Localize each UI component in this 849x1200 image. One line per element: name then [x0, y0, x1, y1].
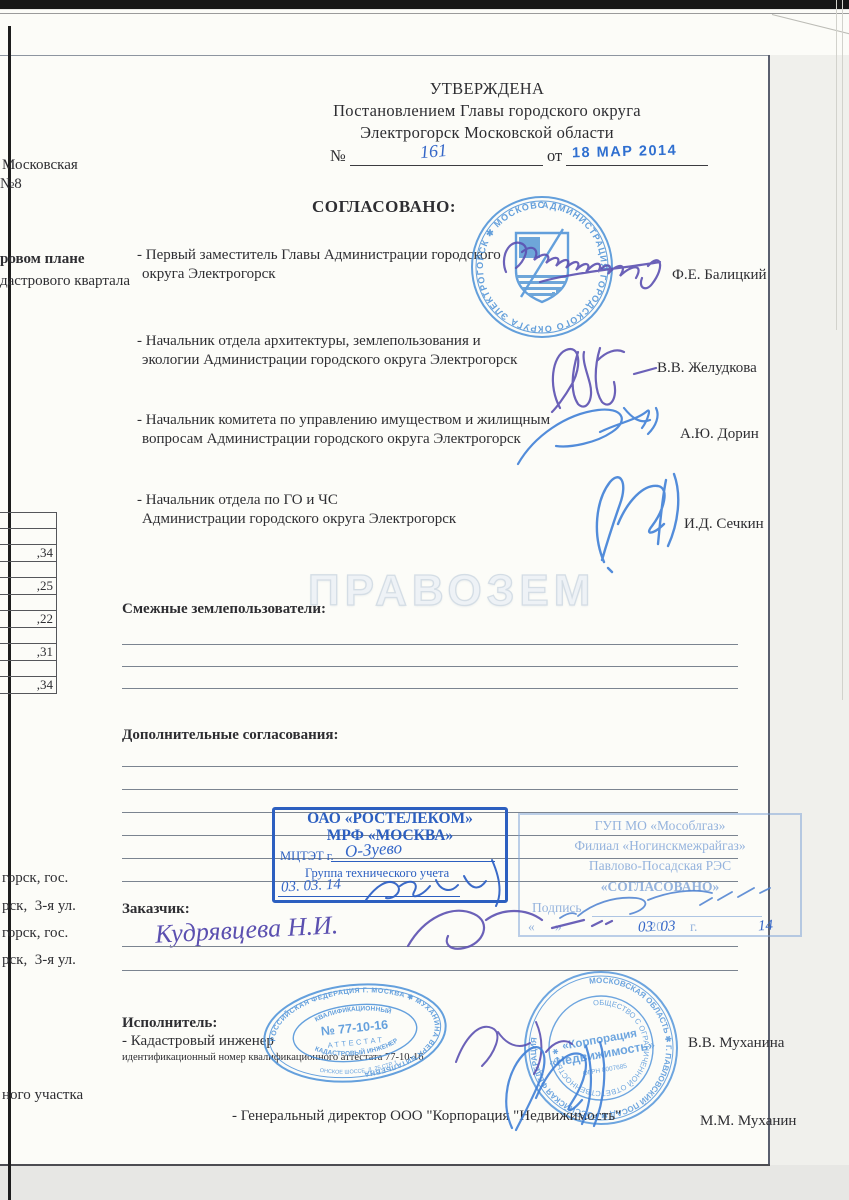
scan-top-line — [0, 13, 849, 14]
official-name: А.Ю. Дорин — [680, 426, 759, 443]
stamp-line: ОАО «РОСТЕЛЕКОМ» — [275, 810, 505, 828]
left-fragment: горск, гос. — [2, 924, 68, 943]
stamp-line: «СОГЛАСОВАНО» — [520, 879, 800, 895]
table-cell — [0, 661, 57, 677]
agreed-title: СОГЛАСОВАНО: — [312, 197, 456, 217]
left-fragment: №8 — [0, 175, 22, 194]
official-title-line: вопросам Администрации городского округа… — [137, 430, 567, 449]
admin-stamp-ring-text: АДМИНИСТРАЦИЯ ГОРОДСКОГО ОКРУГА ЭЛЕКТРОГ… — [464, 184, 609, 334]
official-title-line: Администрации городского округа Электрог… — [137, 510, 567, 529]
director-name: М.М. Муханин — [700, 1112, 796, 1131]
stamp-line: ГУП МО «Мособлгаз» — [520, 818, 800, 834]
scanner-edge-bar — [0, 0, 849, 9]
left-fragment: рск, 3-я ул. — [2, 951, 76, 970]
executor-role: - Кадастровый инженер — [122, 1032, 274, 1051]
page-right-edge — [768, 55, 770, 1165]
stamp-field-label: МЦТЭТ г. — [280, 849, 334, 864]
number-blank-line: 161 — [350, 147, 543, 166]
official-name: Ф.Е. Балицкий — [672, 267, 767, 284]
table-cell: ,34 — [0, 545, 57, 562]
administration-round-stamp: АДМИНИСТРАЦИЯ ГОРОДСКОГО ОКРУГА ЭЛЕКТРОГ… — [468, 193, 618, 343]
blank-line — [122, 789, 738, 790]
page-top-edge — [0, 55, 770, 56]
table-row: ,22 — [0, 611, 57, 628]
handwritten-date: 03. 03. 14 — [281, 876, 342, 896]
approved-title: УТВЕРЖДЕНА — [292, 78, 682, 100]
approved-line2: Постановлением Главы городского округа — [292, 100, 682, 122]
blank-line — [122, 766, 738, 767]
watermark: ПРАВОЗЕМ — [308, 566, 595, 616]
table-row — [0, 661, 57, 677]
cut-off-coordinate-table: ,34 ,25 ,22 ,31 ,34 — [0, 512, 57, 694]
mosoblgaz-stamp: ГУП МО «Мособлгаз» Филиал «Ногинскмежрай… — [518, 813, 802, 937]
blank-line — [122, 946, 738, 947]
handwritten-date: 14 — [758, 918, 774, 936]
table-cell — [0, 628, 57, 644]
table-cell: ,31 — [0, 644, 57, 661]
table-cell — [0, 595, 57, 611]
stamp-outer-circle — [472, 197, 612, 337]
left-fragment: горск, гос. — [2, 869, 68, 888]
scan-bed-bottom — [0, 1166, 849, 1200]
stamp-line: Филиал «Ногинскмежрайгаз» — [520, 838, 800, 854]
customer-label: Заказчик: — [122, 900, 190, 919]
handwritten-date: 03 03 — [638, 918, 676, 936]
approval-header: УТВЕРЖДЕНА Постановлением Главы городско… — [292, 78, 682, 144]
executor-name: В.В. Муханина — [688, 1034, 784, 1053]
adjacent-users-label: Смежные землепользователи: — [122, 600, 326, 619]
handwritten-number: 161 — [419, 140, 448, 163]
table-cell: ,34 — [0, 677, 57, 694]
corp-ogrn: ОГРН 8007685 — [582, 1063, 628, 1078]
table-row — [0, 529, 57, 545]
rostelecom-stamp: ОАО «РОСТЕЛЕКОМ» МРФ «МОСКВА» МЦТЭТ г. О… — [272, 807, 508, 903]
cadastral-engineer-oval-stamp: РОССИЙСКАЯ ФЕДЕРАЦИЯ Г. МОСКВА ✱ МУХАНИН… — [258, 982, 453, 1084]
svg-text:АДМИНИСТРАЦИЯ ГОРОДСКОГО ОКРУГ: АДМИНИСТРАЦИЯ ГОРОДСКОГО ОКРУГА ЭЛЕКТРОГ… — [464, 184, 609, 334]
page-stack-streak — [836, 0, 837, 330]
table-cell — [0, 562, 57, 578]
stamp-line: Павлово-Посадская РЭС — [520, 858, 800, 874]
date-ink-stamp: 18 МАР 2014 — [572, 143, 678, 162]
table-row — [0, 562, 57, 578]
underlying-page-strip — [770, 55, 849, 1165]
blank-line — [122, 688, 738, 689]
additional-approvals-label: Дополнительные согласования: — [122, 726, 339, 745]
table-row — [0, 595, 57, 611]
left-fragment: рск, 3-я ул. — [2, 897, 76, 916]
table-row: ,31 — [0, 644, 57, 661]
approved-line3: Электрогорск Московской области — [292, 122, 682, 144]
stamp-blank-line — [278, 896, 460, 897]
table-row — [0, 628, 57, 644]
scanned-approval-document: УТВЕРЖДЕНА Постановлением Главы городско… — [0, 0, 849, 1200]
left-fragment: ного участка — [2, 1086, 83, 1105]
left-fragment: ровом плане — [0, 250, 85, 269]
blank-line — [122, 666, 738, 667]
table-row — [0, 513, 57, 529]
signature-blank-line — [592, 916, 762, 917]
official-title-line: - Начальник отдела по ГО и ЧС — [137, 491, 567, 510]
page-stack-streak — [842, 0, 843, 700]
director-label: - Генеральный директор ООО "Корпорация "… — [232, 1107, 621, 1126]
number-date-row: № 161 от 18 МАР 2014 — [330, 146, 708, 166]
table-row: ,34 — [0, 677, 57, 694]
official-title: - Начальник комитета по управлению имуще… — [137, 411, 567, 449]
signature-label: Подпись — [532, 900, 582, 916]
handwritten-city: О-Зуево — [344, 838, 402, 862]
official-title-line: - Начальник комитета по управлению имуще… — [137, 411, 567, 430]
executor-label: Исполнитель: — [122, 1014, 217, 1033]
official-name: И.Д. Сечкин — [684, 516, 764, 533]
table-row: ,25 — [0, 578, 57, 595]
number-label: № — [330, 146, 346, 165]
table-cell: ,22 — [0, 611, 57, 628]
table-cell — [0, 529, 57, 545]
table-cell — [0, 513, 57, 529]
table-row: ,34 — [0, 545, 57, 562]
date-blank-line: 18 МАР 2014 — [566, 147, 708, 166]
table-cell: ,25 — [0, 578, 57, 595]
blank-line — [122, 644, 738, 645]
official-name: В.В. Желудкова — [657, 360, 757, 377]
left-fragment: дастрового квартала — [0, 272, 130, 291]
official-title-line: экологии Администрации городского округа… — [137, 351, 567, 370]
from-label: от — [547, 146, 562, 165]
left-fragment: Московская — [2, 156, 78, 175]
official-title: - Начальник отдела по ГО и ЧС Администра… — [137, 491, 567, 529]
